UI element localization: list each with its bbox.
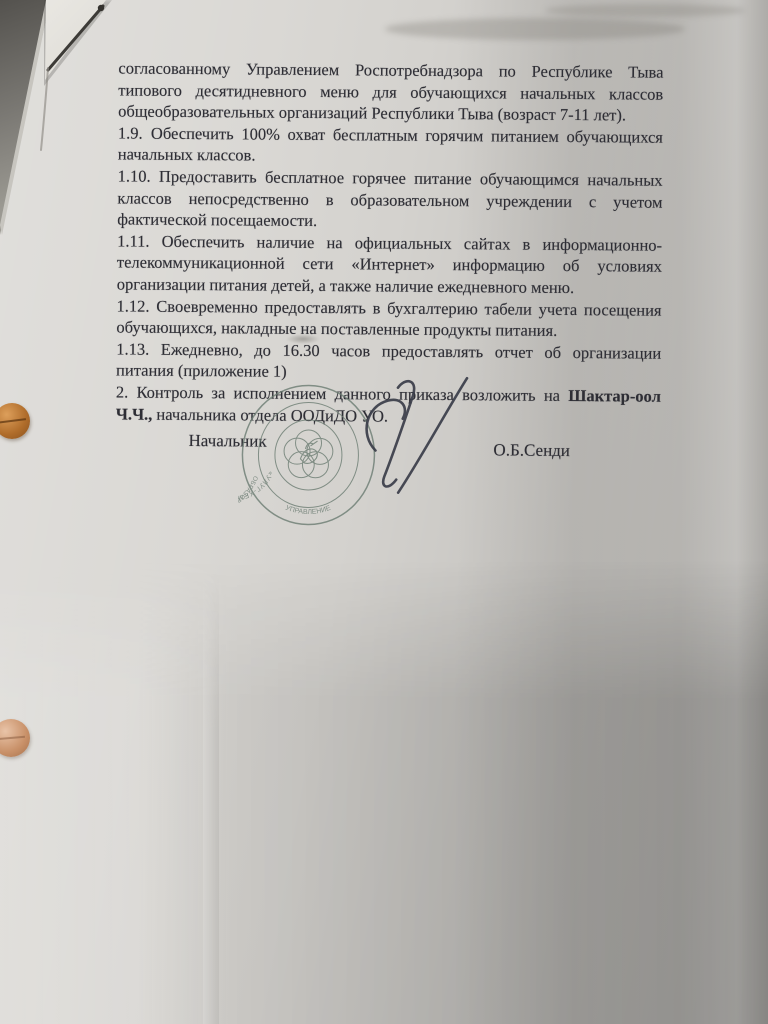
- paragraph-text: 1.12. Своевременно предоставлять в бухга…: [116, 296, 661, 340]
- photographed-page: согласованному Управлением Роспотребнадз…: [0, 0, 768, 1024]
- signer-name: О.Б.Сенди: [493, 440, 570, 461]
- paragraph-text: 1.9. Обеспечить 100% охват бесплатным го…: [118, 123, 663, 165]
- paragraph-text: согласованному Управлением Роспотребнадз…: [118, 58, 663, 124]
- svg-text:УПРАВЛЕНИЕ: УПРАВЛЕНИЕ: [284, 504, 332, 516]
- paragraph: 1.9. Обеспечить 100% охват бесплатным го…: [118, 122, 663, 169]
- paragraph: 1.12. Своевременно предоставлять в бухга…: [116, 295, 661, 342]
- handwritten-signature: [345, 374, 496, 505]
- paragraph-text: 1.11. Обеспечить наличие на официальных …: [117, 231, 662, 297]
- stamp-inner-ring-text: «УЛУГ-ХЕМСКИЙ КОЖУУН РЕСПУБЛИКИ ТЫВА»: [238, 407, 275, 503]
- paragraph: согласованному Управлением Роспотребнадз…: [118, 57, 663, 126]
- stamp-bottom-ring-text: УПРАВЛЕНИЕ: [284, 504, 332, 516]
- paragraph: 1.11. Обеспечить наличие на официальных …: [117, 230, 662, 299]
- svg-text:«УЛУГ-ХЕМСКИЙ КОЖУУН РЕСПУБЛИК: «УЛУГ-ХЕМСКИЙ КОЖУУН РЕСПУБЛИКИ ТЫВА»: [238, 407, 275, 503]
- paragraph-text: 1.10. Предоставить бесплатное горячее пи…: [117, 166, 662, 230]
- document-body: согласованному Управлением Роспотребнадз…: [116, 57, 664, 428]
- stamp-emblem-horseman: [284, 430, 333, 478]
- document-content: согласованному Управлением Роспотребнадз…: [0, 0, 768, 1024]
- paragraph: 1.10. Предоставить бесплатное горячее пи…: [117, 165, 662, 234]
